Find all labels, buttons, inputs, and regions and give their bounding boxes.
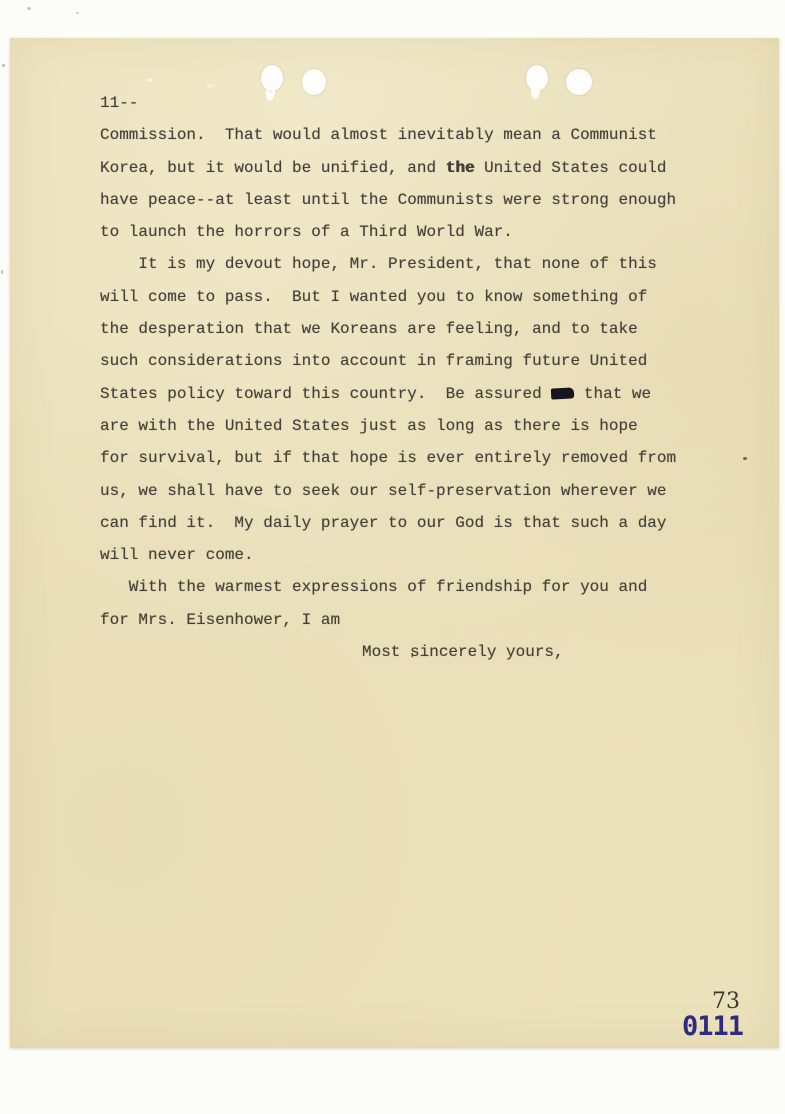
text-segment: Korea, but it would be unified, and [100,159,446,177]
overstruck-word: the [446,159,475,177]
paper-blemish [147,78,153,82]
text-line: will come to pass. But I wanted you to k… [100,281,676,313]
text-line: It is my devout hope, Mr. President, tha… [100,248,676,280]
stray-typewriter-mark: ' [408,652,416,668]
text-segment: that we [574,385,651,403]
text-line: the desperation that we Koreans are feel… [100,313,676,345]
text-line: for survival, but if that hope is ever e… [100,442,676,474]
text-line: Korea, but it would be unified, and the … [100,152,676,184]
text-segment: United States could [474,159,666,177]
text-line: us, we shall have to seek our self-prese… [100,475,676,507]
letter-page: 11-- Commission. That would almost inevi… [10,38,779,1048]
text-line: have peace--at least until the Communist… [100,184,676,216]
page-number-header: 11-- [100,87,676,119]
text-line: such considerations into account in fram… [100,345,676,377]
page-number-stamp: 73 [712,991,740,1013]
text-line: Commission. That would almost inevitably… [100,119,676,151]
scan-speck [27,7,31,10]
text-line: With the warmest expressions of friendsh… [100,571,676,603]
text-line: will never come. [100,539,676,571]
archive-frame-stamp: 0111 [682,1013,743,1040]
scanned-document: 11-- Commission. That would almost inevi… [0,0,785,1114]
text-segment: States policy toward this country. Be as… [100,385,551,403]
text-line: to launch the horrors of a Third World W… [100,216,676,248]
redaction-mark [551,387,575,399]
scan-speck [2,64,5,67]
scan-speck [76,12,79,14]
ink-speck [743,457,747,460]
text-line: are with the United States just as long … [100,410,676,442]
text-line: for Mrs. Eisenhower, I am [100,604,676,636]
text-line: States policy toward this country. Be as… [100,378,676,410]
text-line: can find it. My daily prayer to our God … [100,507,676,539]
scan-speck [1,270,3,274]
letter-body: 11-- Commission. That would almost inevi… [100,87,676,668]
